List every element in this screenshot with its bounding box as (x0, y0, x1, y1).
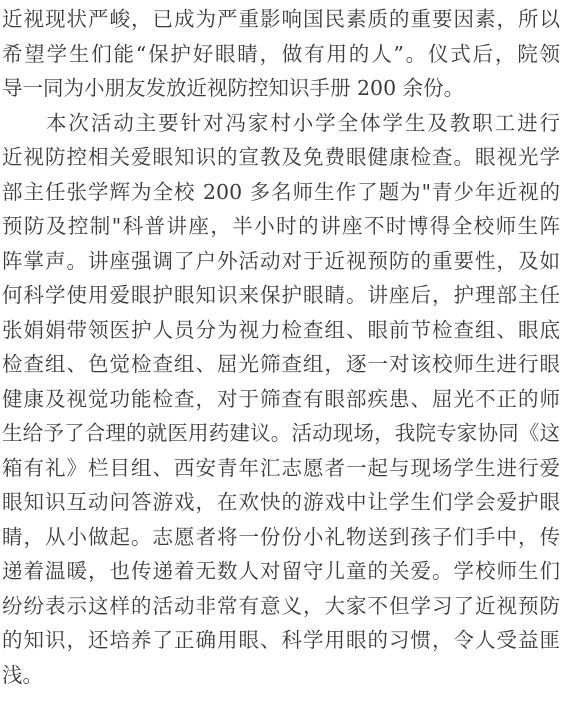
text-line: 近视防控相关爱眼知识的宣教及免费眼健康检查。眼视光学 (2, 140, 560, 175)
paragraph-1: 近视现状严峻，已成为严重影响国民素质的重要因素，所以 希望学生们能“保护好眼睛，… (2, 2, 560, 106)
text-line: 健康及视觉功能检查，对于筛查有眼部疾患、屈光不正的师 (2, 382, 560, 417)
text-line: 本次活动主要针对冯家村小学全体学生及教职工进行 (2, 106, 560, 141)
document-page: 近视现状严峻，已成为严重影响国民素质的重要因素，所以 希望学生们能“保护好眼睛，… (0, 0, 562, 720)
text-line: 近视现状严峻，已成为严重影响国民素质的重要因素，所以 (2, 2, 560, 37)
text-line: 阵掌声。讲座强调了户外活动对于近视预防的重要性，及如 (2, 244, 560, 279)
text-line: 张娟娟带领医护人员分为视力检查组、眼前节检查组、眼底 (2, 313, 560, 348)
text-line: 预防及控制"科普讲座，半小时的讲座不时博得全校师生阵 (2, 209, 560, 244)
text-line: 睛，从小做起。志愿者将一份份小礼物送到孩子们手中，传 (2, 520, 560, 555)
text-line: 箱有礼》栏目组、西安青年汇志愿者一起与现场学生进行爱 (2, 451, 560, 486)
text-line: 导一同为小朋友发放近视防控知识手册 200 余份。 (2, 71, 560, 106)
text-line: 纷纷表示这样的活动非常有意义，大家不但学习了近视预防 (2, 589, 560, 624)
paragraph-2: 本次活动主要针对冯家村小学全体学生及教职工进行 近视防控相关爱眼知识的宣教及免费… (2, 106, 560, 693)
text-line: 眼知识互动问答游戏，在欢快的游戏中让学生们学会爱护眼 (2, 485, 560, 520)
text-line: 的知识，还培养了正确用眼、科学用眼的习惯，令人受益匪 (2, 623, 560, 658)
text-line: 浅。 (2, 658, 560, 693)
text-line: 检查组、色觉检查组、屈光筛查组，逐一对该校师生进行眼 (2, 347, 560, 382)
text-line: 希望学生们能“保护好眼睛，做有用的人”。仪式后，院领 (2, 37, 560, 72)
text-line: 生给予了合理的就医用药建议。活动现场，我院专家协同《这 (2, 416, 560, 451)
text-line: 递着温暖，也传递着无数人对留守儿童的关爱。学校师生们 (2, 554, 560, 589)
text-line: 部主任张学辉为全校 200 多名师生作了题为"青少年近视的 (2, 175, 560, 210)
text-line: 何科学使用爱眼护眼知识来保护眼睛。讲座后，护理部主任 (2, 278, 560, 313)
